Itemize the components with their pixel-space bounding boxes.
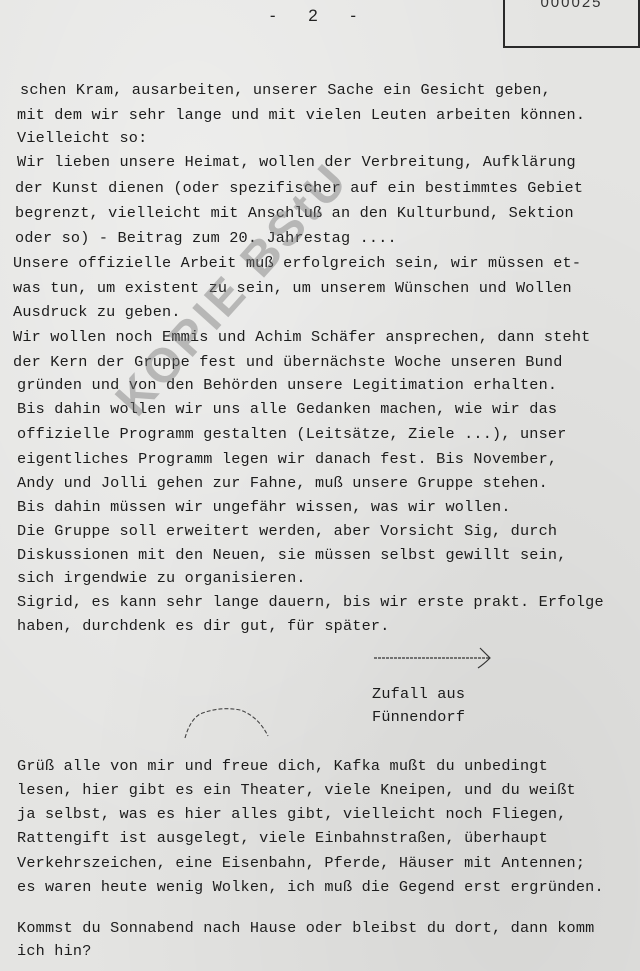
text-line: gründen und von den Behörden unsere Legi… xyxy=(17,375,557,395)
text-line: Die Gruppe soll erweitert werden, aber V… xyxy=(17,521,557,541)
text-line: Vielleicht so: xyxy=(17,128,147,148)
arc-mark-icon xyxy=(180,700,280,740)
text-line: Wir lieben unsere Heimat, wollen der Ver… xyxy=(17,152,576,172)
archive-number: 000025 xyxy=(505,0,638,11)
text-line: Ausdruck zu geben. xyxy=(13,302,181,322)
text-line: Grüß alle von mir und freue dich, Kafka … xyxy=(17,756,548,776)
text-line: Diskussionen mit den Neuen, sie müssen s… xyxy=(17,545,567,565)
signature-line-2: Fünnendorf xyxy=(372,707,465,727)
text-line: Rattengift ist ausgelegt, viele Einbahns… xyxy=(17,828,548,848)
text-line: Sigrid, es kann sehr lange dauern, bis w… xyxy=(17,592,604,612)
text-line: Kommst du Sonnabend nach Hause oder blei… xyxy=(17,918,594,938)
text-line: der Kern der Gruppe fest und übernächste… xyxy=(13,352,563,372)
text-line: haben, durchdenk es dir gut, für später. xyxy=(17,616,390,636)
archive-number-box: 000025 xyxy=(503,0,640,48)
signature-line-1: Zufall aus xyxy=(372,684,465,704)
text-line: Verkehrszeichen, eine Eisenbahn, Pferde,… xyxy=(17,853,585,873)
text-line: was tun, um existent zu sein, um unserem… xyxy=(13,278,572,298)
arrow-right-icon xyxy=(372,646,494,672)
text-line: lesen, hier gibt es ein Theater, viele K… xyxy=(17,780,576,800)
text-line: mit dem wir sehr lange und mit vielen Le… xyxy=(17,105,585,125)
text-line: oder so) - Beitrag zum 20. Jahrestag ...… xyxy=(15,228,397,248)
text-line: eigentliches Programm legen wir danach f… xyxy=(17,449,557,469)
text-line: Bis dahin müssen wir ungefähr wissen, wa… xyxy=(17,497,511,517)
text-line: offizielle Programm gestalten (Leitsätze… xyxy=(17,424,567,444)
text-line: sich irgendwie zu organisieren. xyxy=(17,568,306,588)
text-line: Andy und Jolli gehen zur Fahne, muß unse… xyxy=(17,473,548,493)
text-line: ja selbst, was es hier alles gibt, viell… xyxy=(17,804,567,824)
text-line: es waren heute wenig Wolken, ich muß die… xyxy=(17,877,604,897)
text-line: Bis dahin wollen wir uns alle Gedanken m… xyxy=(17,399,557,419)
text-line: ich hin? xyxy=(17,941,92,961)
text-line: Wir wollen noch Emmis und Achim Schäfer … xyxy=(13,327,590,347)
text-line: schen Kram, ausarbeiten, unserer Sache e… xyxy=(20,80,551,100)
